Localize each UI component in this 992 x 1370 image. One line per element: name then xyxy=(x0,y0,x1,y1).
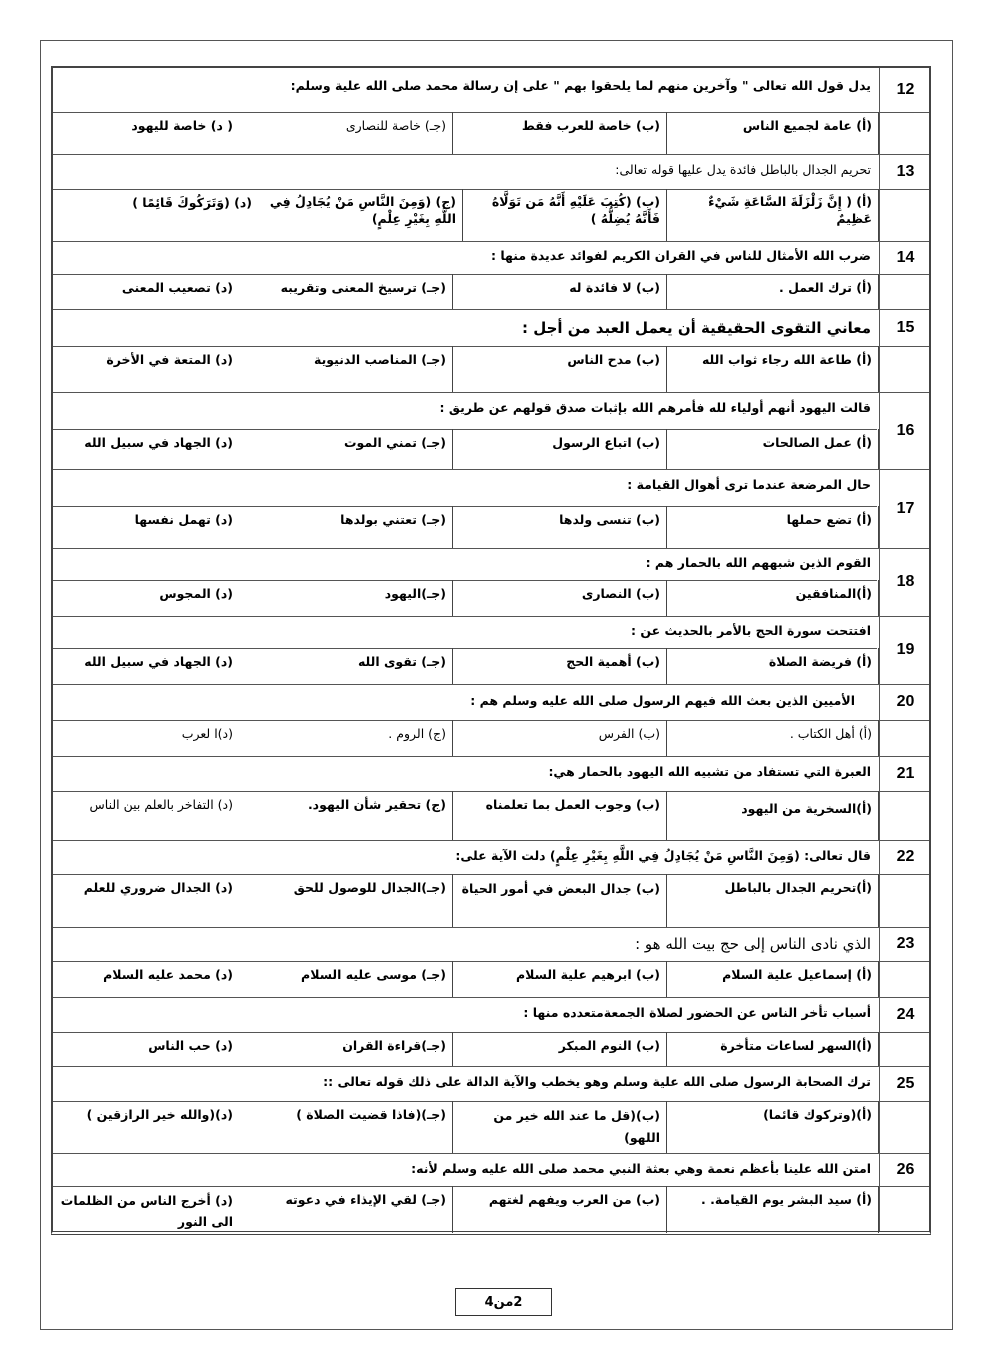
option-b[interactable]: (ب) النصارى xyxy=(453,580,667,616)
options-row: (أ)السهر لساعات متأخرة (ب) النوم المبكر … xyxy=(53,1032,879,1066)
question-number: 13 xyxy=(880,154,931,189)
option-b[interactable]: (ب) وجوب العمل بما تعلمناه xyxy=(453,791,667,840)
option-d[interactable]: (د) (وَتَرَكُوكَ قَائِمًا ) xyxy=(53,189,258,241)
row-divider xyxy=(53,548,929,549)
option-a[interactable]: (أ)(وتركوك قائما) xyxy=(667,1101,879,1153)
option-b[interactable]: (ب)(قل ما عند الله خير من اللهو) xyxy=(453,1101,667,1153)
option-b[interactable]: (ب) الفرس xyxy=(453,720,667,756)
options-row: (أ) فريضة الصلاة (ب) أهمية الحج (جـ) تقو… xyxy=(53,648,879,684)
question-text: ضرب الله الأمثال للناس في القران الكريم … xyxy=(57,244,875,264)
row-divider xyxy=(53,309,929,310)
question-number: 14 xyxy=(880,241,931,274)
option-d[interactable]: (د) تصعيب المعنى xyxy=(53,274,239,309)
question-text: أسباب تأخر الناس عن الحضور لصلاة الجمعةم… xyxy=(57,1001,875,1021)
option-c[interactable]: (جـ) لقي الإيذاء في دعوته xyxy=(239,1186,453,1233)
question-text: العبرة التي تستفاد من تشبيه الله اليهود … xyxy=(57,760,875,780)
option-c[interactable]: (جـ) المناصب الدنيوية xyxy=(239,346,453,392)
question-text: القوم الذين شبههم الله بالحمار هم : xyxy=(57,551,875,571)
option-d[interactable]: (د) المجوس xyxy=(53,580,239,616)
option-c[interactable]: (جـ)الجدال للوصول للحق xyxy=(239,874,453,927)
question-number: 23 xyxy=(880,927,931,961)
question-text: معاني التقوى الحقيقية أن يعمل العبد من أ… xyxy=(57,314,875,339)
option-a[interactable]: (أ)السخرية من اليهود xyxy=(667,791,879,840)
option-b[interactable]: (ب) (كُتِبَ عَلَيْهِ أَنَّهُ مَن تَوَلَّ… xyxy=(463,189,667,241)
question-text: الذي نادى الناس إلى حج بيت الله هو : xyxy=(57,930,875,955)
option-d[interactable]: (د) المتعة في الأخرة xyxy=(53,346,239,392)
question-text: حال المرضعة عندما ترى أهوال القيامة : xyxy=(57,473,875,493)
question-number: 20 xyxy=(880,684,931,720)
row-divider xyxy=(53,684,929,685)
option-a[interactable]: (أ) عمل الصالحات xyxy=(667,429,879,469)
row-divider xyxy=(53,1153,929,1154)
option-c[interactable]: (ج) تحقير شأن اليهود. xyxy=(239,791,453,840)
row-divider xyxy=(53,392,929,393)
options-row: (أ) ( إِنَّ زَلْزَلَةَ السَّاعَةِ شَيْءٌ… xyxy=(53,189,879,241)
option-c[interactable]: (جـ) ترسيخ المعنى وتقريبه xyxy=(239,274,453,309)
question-number: 18 xyxy=(880,548,931,616)
option-d[interactable]: (د) الجهاد في سبيل الله xyxy=(53,429,239,469)
option-a[interactable]: (أ) سيد البشر يوم القيامة. . xyxy=(667,1186,879,1233)
options-row: (أ) ترك العمل . (ب) لا فائدة له (جـ) ترس… xyxy=(53,274,879,309)
option-a[interactable]: (أ) أهل الكتاب . xyxy=(667,720,879,756)
row-divider xyxy=(53,469,929,470)
question-text: تحريم الجدال بالباطل فائدة يدل عليها قول… xyxy=(57,158,875,178)
option-a[interactable]: (أ)المنافقين xyxy=(667,580,879,616)
row-divider xyxy=(53,154,929,155)
question-text: الأميين الذين بعث الله فيهم الرسول صلى ا… xyxy=(57,689,875,709)
row-divider xyxy=(53,756,929,757)
option-a[interactable]: (أ)تحريم الجدال بالباطل xyxy=(667,874,879,927)
question-number: 16 xyxy=(880,392,931,469)
row-divider xyxy=(53,1066,929,1067)
option-b[interactable]: (ب) مدح الناس xyxy=(453,346,667,392)
options-row: (أ) إسماعيل علية السلام (ب) ابرهيم علية … xyxy=(53,961,879,997)
option-b[interactable]: (ب) جدال البعض في أمور الحياة xyxy=(453,874,667,927)
option-b[interactable]: (ب) لا فائدة له xyxy=(453,274,667,309)
option-b[interactable]: (ب) تنسى ولدها xyxy=(453,506,667,548)
exam-question-table: 12 يدل قول الله تعالى " وآخرين منهم لما … xyxy=(51,66,931,1235)
option-a[interactable]: (أ) طاعة الله رجاء ثواب الله xyxy=(667,346,879,392)
question-number: 24 xyxy=(880,997,931,1032)
option-c[interactable]: (جـ)(فاذا قضيت الصلاة ) xyxy=(239,1101,453,1153)
row-divider xyxy=(53,241,929,242)
question-text: قال تعالى: (وَمِنَ النَّاسِ مَنْ يُجَادِ… xyxy=(57,844,875,864)
option-b[interactable]: (ب) النوم المبكر xyxy=(453,1032,667,1066)
question-number: 26 xyxy=(880,1153,931,1186)
option-a[interactable]: (أ) فريضة الصلاة xyxy=(667,648,879,684)
options-row: (أ) أهل الكتاب . (ب) الفرس (ج) الروم . (… xyxy=(53,720,879,756)
question-text: امتن الله علينا بأعظم نعمة وهي بعثة النب… xyxy=(57,1157,875,1177)
options-row: (أ)السخرية من اليهود (ب) وجوب العمل بما … xyxy=(53,791,879,840)
option-c[interactable]: (جـ) تقوى الله xyxy=(239,648,453,684)
option-b[interactable]: (ب) أهمية الحج xyxy=(453,648,667,684)
option-c[interactable]: (جـ) خاصة للنصارى xyxy=(239,112,453,154)
option-c[interactable]: (جـ) تعتني بولدها xyxy=(239,506,453,548)
options-row: (أ) عمل الصالحات (ب) اتباع الرسول (جـ) ت… xyxy=(53,429,879,469)
option-d[interactable]: (د) الجهاد في سبيل الله xyxy=(53,648,239,684)
option-d[interactable]: (د) تهمل نفسها xyxy=(53,506,239,548)
options-row: (أ)تحريم الجدال بالباطل (ب) جدال البعض ف… xyxy=(53,874,879,927)
question-text: يدل قول الله تعالى " وآخرين منهم لما يلح… xyxy=(57,74,875,94)
option-d[interactable]: (د)ا لعرب xyxy=(53,720,239,756)
option-b[interactable]: (ب) من العرب ويفهم لغتهم xyxy=(453,1186,667,1233)
page-number-indicator: 2من4 xyxy=(455,1288,552,1316)
question-text: قالت اليهود أنهم أولياء لله فأمرهم الله … xyxy=(57,396,875,416)
question-number: 15 xyxy=(880,309,931,346)
option-d[interactable]: (د) الجدال ضروري للعلم xyxy=(53,874,239,927)
option-c[interactable]: (جـ) موسى عليه السلام xyxy=(239,961,453,997)
question-text: افتتحت سورة الحج بالأمر بالحديث عن : xyxy=(57,619,875,639)
question-number: 25 xyxy=(880,1066,931,1101)
options-row: (أ) تضع حملها (ب) تنسى ولدها (جـ) تعتني … xyxy=(53,506,879,548)
options-row: (أ)(وتركوك قائما) (ب)(قل ما عند الله خير… xyxy=(53,1101,879,1153)
option-c[interactable]: (ج) الروم . xyxy=(239,720,453,756)
option-a[interactable]: (أ) إسماعيل علية السلام xyxy=(667,961,879,997)
option-d[interactable]: (د) حب الناس xyxy=(53,1032,239,1066)
option-b[interactable]: (ب) خاصة للعرب فقط xyxy=(453,112,667,154)
question-number: 21 xyxy=(880,756,931,791)
option-b[interactable]: (ب) ابرهيم علية السلام xyxy=(453,961,667,997)
option-d[interactable]: (د) التفاخر بالعلم بين الناس xyxy=(53,791,239,840)
option-a[interactable]: (أ)السهر لساعات متأخرة xyxy=(667,1032,879,1066)
options-row: (أ)المنافقين (ب) النصارى (جـ)اليهود (د) … xyxy=(53,580,879,616)
option-d[interactable]: ( د) خاصة لليهود xyxy=(53,112,239,154)
row-divider xyxy=(53,997,929,998)
question-number: 19 xyxy=(880,616,931,684)
option-a[interactable]: (أ) ( إِنَّ زَلْزَلَةَ السَّاعَةِ شَيْءٌ… xyxy=(667,189,879,241)
option-a[interactable]: (أ) عامة لجميع الناس xyxy=(667,112,879,154)
option-c[interactable]: (جـ) تمني الموت xyxy=(239,429,453,469)
option-a[interactable]: (أ) ترك العمل . xyxy=(667,274,879,309)
option-c[interactable]: (جـ)قراءة القران xyxy=(239,1032,453,1066)
option-d[interactable]: (د)(والله خير الرازقين ) xyxy=(53,1101,239,1153)
question-number: 17 xyxy=(880,469,931,548)
options-row: (أ) سيد البشر يوم القيامة. . (ب) من العر… xyxy=(53,1186,879,1233)
options-row: (أ) طاعة الله رجاء ثواب الله (ب) مدح الن… xyxy=(53,346,879,392)
row-divider xyxy=(53,616,929,617)
question-number: 12 xyxy=(880,68,931,112)
option-d[interactable]: (د) أخرج الناس من الظلمات الى النور xyxy=(53,1186,239,1233)
options-row: (أ) عامة لجميع الناس (ب) خاصة للعرب فقط … xyxy=(53,112,879,154)
option-c[interactable]: (جـ)اليهود xyxy=(239,580,453,616)
row-divider xyxy=(53,840,929,841)
option-d[interactable]: (د) محمد عليه السلام xyxy=(53,961,239,997)
option-a[interactable]: (أ) تضع حملها xyxy=(667,506,879,548)
question-text: ترك الصحابة الرسول صلى الله علية وسلم وه… xyxy=(57,1070,875,1090)
option-b[interactable]: (ب) اتباع الرسول xyxy=(453,429,667,469)
row-divider xyxy=(53,927,929,928)
option-c[interactable]: (ج) (وَمِنَ النَّاسِ مَنْ يُجَادِلُ فِي … xyxy=(258,189,463,241)
question-number: 22 xyxy=(880,840,931,874)
